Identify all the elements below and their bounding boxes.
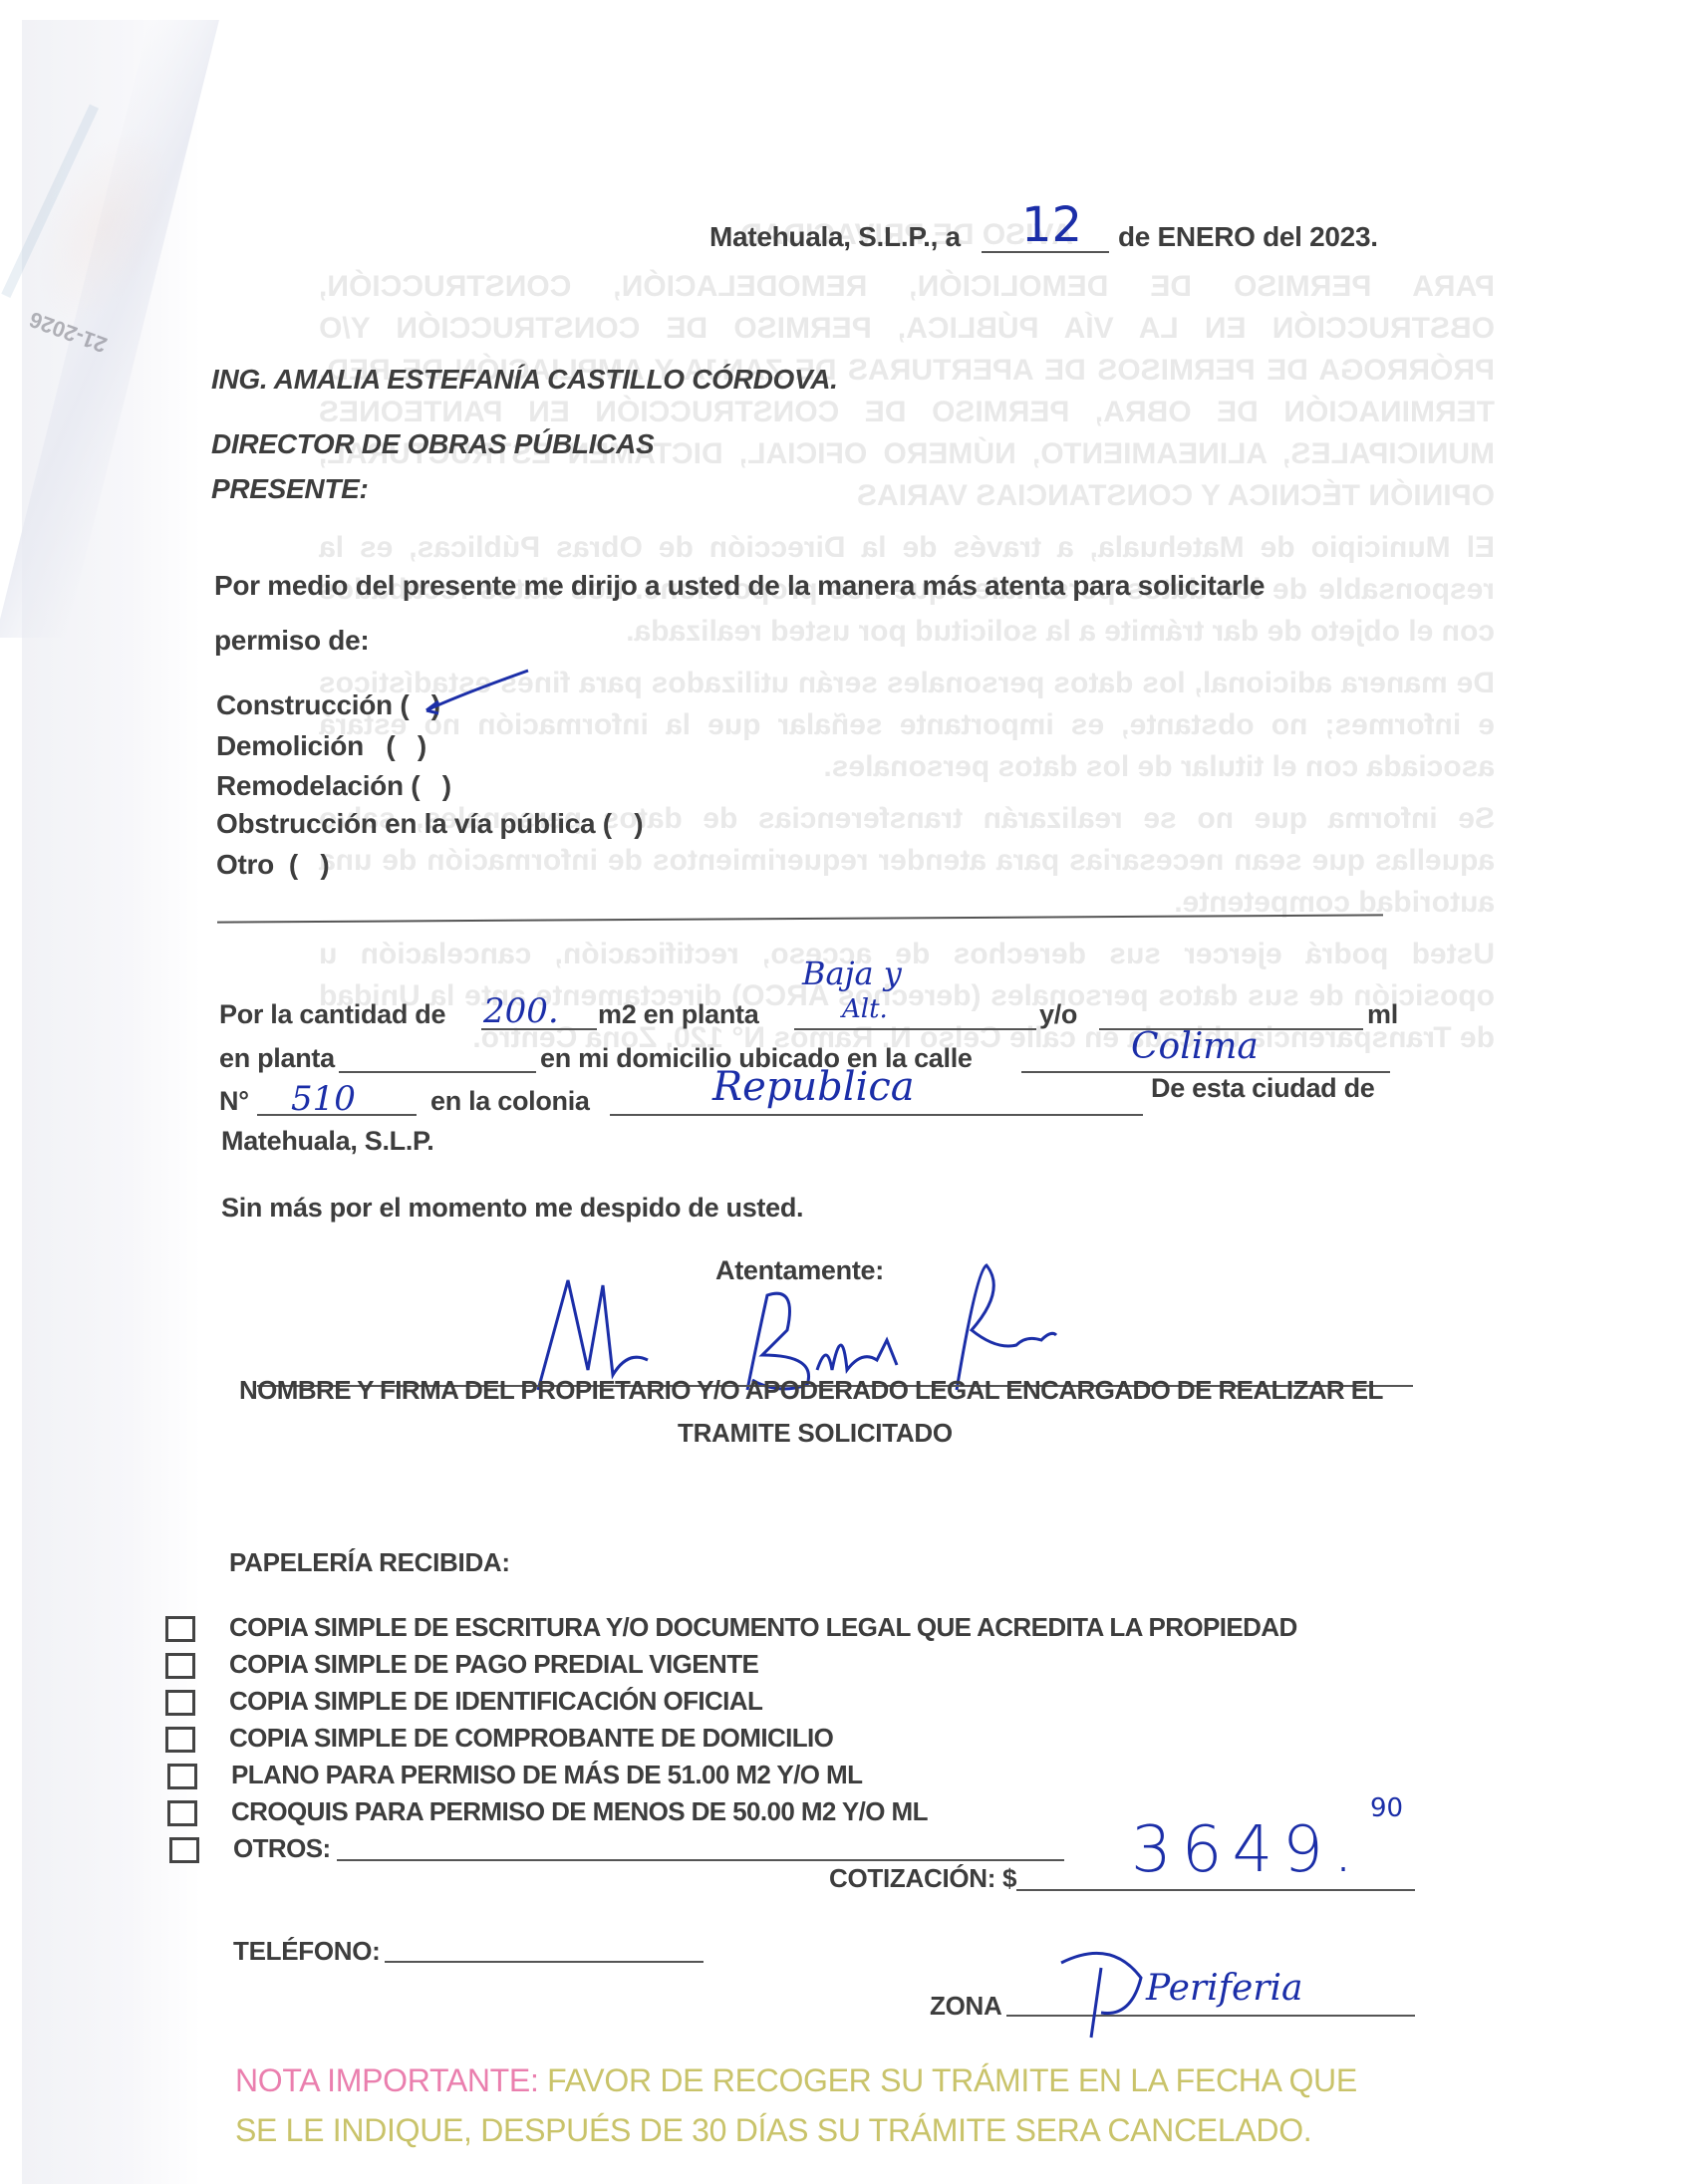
permit-label: Otro: [216, 849, 274, 880]
paperwork-checkbox[interactable]: [165, 1727, 195, 1753]
quote-cents[interactable]: 90: [1370, 1793, 1403, 1823]
number-label: N°: [219, 1086, 249, 1117]
colonia-value[interactable]: Republica: [712, 1064, 915, 1110]
reverse-side-bleed-through: AVISO DE PRIVACIDAD PARA PERMISO DE DEMO…: [319, 214, 1495, 1069]
signature-caption-1: NOMBRE Y FIRMA DEL PROPIETARIO Y/O APODE…: [239, 1375, 1383, 1406]
scanned-document: 21-2026 AVISO DE PRIVACIDAD PARA PERMISO…: [0, 0, 1694, 2184]
colonia-line: [610, 1114, 1143, 1116]
paperwork-item: OTROS:: [233, 1833, 331, 1864]
note-prefix: NOTA IMPORTANTE:: [235, 2062, 539, 2098]
quote-label: COTIZACIÓN: $: [829, 1863, 1016, 1894]
paperwork-item: COPIA SIMPLE DE ESCRITURA Y/O DOCUMENTO …: [229, 1612, 1297, 1643]
intro-line-2: permiso de:: [214, 625, 369, 657]
permit-option-construccion[interactable]: Construcción ( ): [216, 689, 440, 721]
ml-label: ml: [1367, 999, 1398, 1030]
street-value[interactable]: Colima: [1131, 1026, 1259, 1067]
permit-label: Demolición: [216, 730, 364, 761]
note-body-1: FAVOR DE RECOGER SU TRÁMITE EN LA FECHA …: [547, 2062, 1357, 2098]
en-planta-label: en planta: [219, 1043, 335, 1074]
paperwork-item: COPIA SIMPLE DE COMPROBANTE DE DOMICILIO: [229, 1723, 833, 1754]
paperwork-title: PAPELERÍA RECIBIDA:: [229, 1547, 510, 1578]
addressee-greeting: PRESENTE:: [211, 473, 369, 505]
paperwork-checkbox[interactable]: [169, 1837, 199, 1863]
en-planta-line[interactable]: [339, 1071, 536, 1073]
paperwork-item: COPIA SIMPLE DE PAGO PREDIAL VIGENTE: [229, 1649, 758, 1680]
planta-value-1[interactable]: Baja y: [802, 955, 902, 992]
paperwork-item: PLANO PARA PERMISO DE MÁS DE 51.00 M2 Y/…: [231, 1760, 862, 1790]
permit-label: Obstrucción en la vía pública: [216, 808, 595, 839]
permit-label: Construcción: [216, 689, 393, 720]
paperwork-checkbox[interactable]: [165, 1653, 195, 1679]
paperwork-checkbox[interactable]: [167, 1800, 197, 1826]
addressee-name: ING. AMALIA ESTEFANÍA CASTILLO CÓRDOVA.: [211, 364, 838, 396]
paperwork-checkbox[interactable]: [165, 1616, 195, 1642]
otros-line[interactable]: [337, 1859, 1064, 1861]
intro-line-1: Por medio del presente me dirijo a usted…: [214, 570, 1265, 602]
planta-line: [794, 1028, 1036, 1030]
paperwork-item: COPIA SIMPLE DE IDENTIFICACIÓN OFICIAL: [229, 1686, 762, 1717]
paperwork-item: CROQUIS PARA PERMISO DE MENOS DE 50.00 M…: [231, 1796, 928, 1827]
phone-label: TELÉFONO:: [233, 1936, 381, 1967]
colonia-label: en la colonia: [430, 1086, 590, 1117]
check-mark-icon: [419, 666, 538, 720]
paperwork-checkbox[interactable]: [167, 1764, 197, 1789]
day-handwritten[interactable]: 12: [1021, 197, 1082, 253]
important-note-line-2: SE LE INDIQUE, DESPUÉS DE 30 DÍAS SU TRÁ…: [235, 2112, 1311, 2149]
date-month-year: de ENERO del 2023.: [1118, 221, 1378, 253]
permit-option-obstruccion[interactable]: Obstrucción en la vía pública ( ): [216, 808, 643, 840]
permit-label: Remodelación: [216, 770, 404, 801]
number-value[interactable]: 510: [291, 1079, 356, 1119]
zone-label: ZONA: [930, 1991, 1001, 2022]
signature-caption-2: TRAMITE SOLICITADO: [678, 1418, 953, 1449]
paperwork-checkbox[interactable]: [165, 1690, 195, 1716]
city-label: De esta ciudad de: [1151, 1073, 1374, 1104]
farewell: Sin más por el momento me despido de ust…: [221, 1193, 803, 1224]
qty-value[interactable]: 200.: [483, 991, 559, 1031]
m2-label: m2 en planta: [598, 999, 758, 1030]
permit-option-remodelacion[interactable]: Remodelación ( ): [216, 770, 451, 802]
planta-value-2[interactable]: Alt.: [842, 994, 888, 1024]
important-note-line-1: NOTA IMPORTANTE: FAVOR DE RECOGER SU TRÁ…: [235, 2062, 1357, 2099]
permit-option-demolicion[interactable]: Demolición ( ): [216, 730, 426, 762]
city-value: Matehuala, S.L.P.: [221, 1126, 433, 1157]
zone-value[interactable]: Periferia: [1146, 1968, 1302, 2009]
quote-value[interactable]: 3649.: [1131, 1813, 1363, 1887]
date-place: Matehuala, S.L.P., a: [709, 221, 961, 253]
yo-label: y/o: [1039, 999, 1077, 1030]
addressee-title: DIRECTOR DE OBRAS PÚBLICAS: [211, 428, 654, 460]
qty-label: Por la cantidad de: [219, 999, 445, 1030]
phone-field[interactable]: [385, 1961, 704, 1963]
quote-line: [1016, 1889, 1415, 1891]
permit-option-otro[interactable]: Otro ( ): [216, 849, 329, 881]
